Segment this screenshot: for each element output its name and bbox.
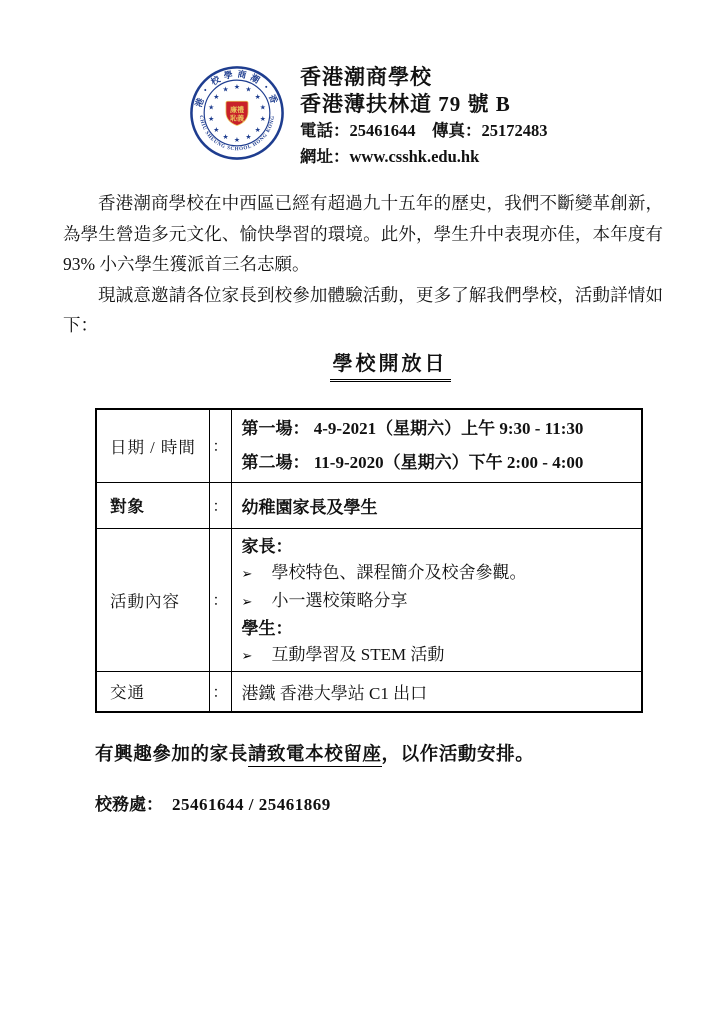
- table-row-audience: 對象 ： 幼稚園家長及學生: [96, 482, 642, 528]
- row-colon: ：: [209, 482, 231, 528]
- row-colon: ：: [209, 671, 231, 712]
- activity-item-text: 學校特色、課程簡介及校舍參觀。: [272, 563, 527, 582]
- intro-paragraphs: 香港潮商學校在中西區已經有超過九十五年的歷史，我們不斷變革創新， 為學生營造多元…: [63, 188, 663, 341]
- row-colon: ：: [209, 528, 231, 671]
- activity-item: ➢小一選校策略分享: [242, 588, 636, 616]
- intro-line: 93% 小六學生獲派首三名志願。: [63, 249, 663, 280]
- row-content: 港鐵 香港大學站 C1 出口: [231, 671, 642, 712]
- closing-post: ，以作活動安排。: [382, 745, 535, 765]
- arrowhead-bullet-icon: ➢: [242, 590, 272, 616]
- row-colon: ：: [209, 409, 231, 482]
- row-label: 交通: [96, 671, 209, 712]
- row-label: 對象: [96, 482, 209, 528]
- svg-text:★: ★: [245, 85, 251, 93]
- activity-item: ➢學校特色、課程簡介及校舍參觀。: [242, 560, 636, 588]
- svg-text:★: ★: [208, 103, 214, 111]
- school-phone-fax: 電話：25461644 傳真：25172483: [300, 118, 548, 144]
- table-row-datetime: 日期 / 時間 ： 第一場： 4-9-2021（星期六）上午 9:30 - 11…: [96, 409, 642, 482]
- row-content: 第一場： 4-9-2021（星期六）上午 9:30 - 11:30 第二場： 1…: [231, 409, 642, 482]
- office-phone-line: 校務處：25461644 / 25461869: [95, 790, 331, 815]
- intro-line: 現誠意邀請各位家長到校參加體驗活動，更多了解我們學校，活動詳情如: [63, 280, 663, 311]
- table-row-activities: 活動內容 ： 家長： ➢學校特色、課程簡介及校舍參觀。 ➢小一選校策略分享 學生…: [96, 528, 642, 671]
- closing-underlined: 請致電本校留座: [248, 745, 382, 767]
- document-page: 港・校學商潮・香 CHIU SHEUNG SCHOOL HONG KONG ★★…: [0, 0, 724, 1024]
- closing-sentence: 有興趣參加的家長請致電本校留座，以作活動安排。: [95, 740, 534, 766]
- school-website: 網址：www.csshk.edu.hk: [300, 144, 548, 170]
- office-label: 校務處：: [95, 795, 163, 814]
- svg-text:★: ★: [234, 83, 240, 91]
- activity-item-text: 互動學習及 STEM 活動: [272, 645, 445, 664]
- activity-group-students: 學生：: [242, 616, 636, 642]
- open-day-title: 學校開放日: [0, 347, 724, 382]
- school-address: 香港薄扶林道 79 號 B: [300, 91, 548, 118]
- table-row-transport: 交通 ： 港鐵 香港大學站 C1 出口: [96, 671, 642, 712]
- svg-text:★: ★: [208, 115, 214, 123]
- svg-text:★: ★: [260, 115, 266, 123]
- open-day-title-text: 學校開放日: [330, 347, 451, 382]
- row-content: 家長： ➢學校特色、課程簡介及校舍參觀。 ➢小一選校策略分享 學生： ➢互動學習…: [231, 528, 642, 671]
- open-day-details-table: 日期 / 時間 ： 第一場： 4-9-2021（星期六）上午 9:30 - 11…: [95, 408, 643, 713]
- row-content: 幼稚園家長及學生: [231, 482, 642, 528]
- session-2: 第二場： 11-9-2020（星期六）下午 2:00 - 4:00: [242, 446, 636, 480]
- letterhead: 港・校學商潮・香 CHIU SHEUNG SCHOOL HONG KONG ★★…: [188, 63, 548, 170]
- row-label: 日期 / 時間: [96, 409, 209, 482]
- svg-text:★: ★: [255, 126, 261, 134]
- activity-group-parents: 家長：: [242, 534, 636, 560]
- activity-item-text: 小一選校策略分享: [272, 591, 408, 610]
- svg-text:★: ★: [260, 103, 266, 111]
- letterhead-text: 香港潮商學校 香港薄扶林道 79 號 B 電話：25461644 傳真：2517…: [300, 63, 548, 170]
- seal-shield-motto-row1: 廉禮: [230, 105, 244, 114]
- session-1: 第一場： 4-9-2021（星期六）上午 9:30 - 11:30: [242, 412, 636, 446]
- svg-text:★: ★: [222, 133, 228, 141]
- intro-line: 為學生營造多元文化、愉快學習的環境。此外，學生升中表現亦佳，本年度有: [63, 219, 663, 250]
- svg-text:★: ★: [234, 136, 240, 144]
- closing-pre: 有興趣參加的家長: [95, 745, 248, 765]
- svg-text:★: ★: [222, 85, 228, 93]
- intro-line: 下：: [63, 310, 663, 341]
- svg-text:★: ★: [213, 93, 219, 101]
- svg-text:★: ★: [245, 133, 251, 141]
- arrowhead-bullet-icon: ➢: [242, 644, 272, 670]
- svg-text:★: ★: [213, 126, 219, 134]
- arrowhead-bullet-icon: ➢: [242, 562, 272, 588]
- svg-text:★: ★: [255, 93, 261, 101]
- row-label: 活動內容: [96, 528, 209, 671]
- school-name: 香港潮商學校: [300, 64, 548, 91]
- office-phone-numbers: 25461644 / 25461869: [172, 795, 331, 814]
- intro-line: 香港潮商學校在中西區已經有超過九十五年的歷史，我們不斷變革創新，: [63, 188, 663, 219]
- activity-item: ➢互動學習及 STEM 活動: [242, 642, 636, 670]
- seal-shield-motto-row2: 恥義: [229, 113, 245, 122]
- school-seal-logo: 港・校學商潮・香 CHIU SHEUNG SCHOOL HONG KONG ★★…: [188, 63, 286, 161]
